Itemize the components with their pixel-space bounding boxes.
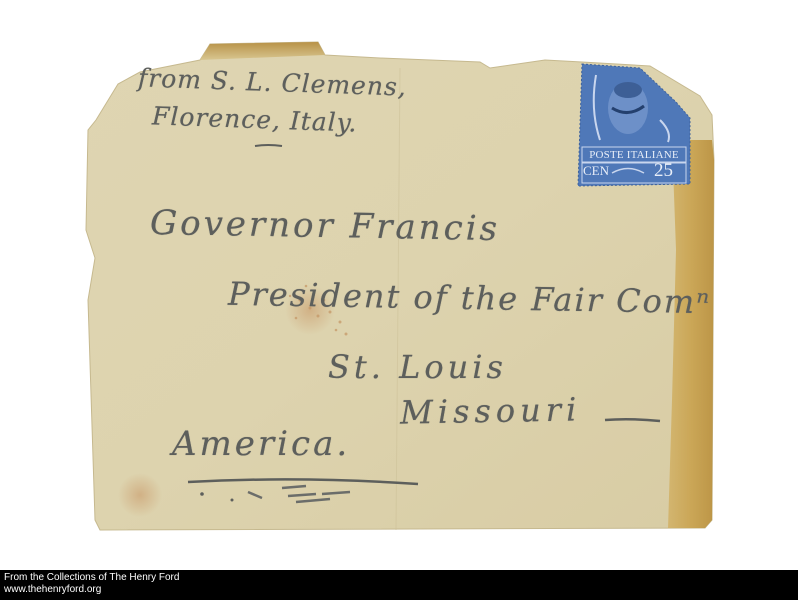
recipient-state: Missouri bbox=[400, 390, 582, 431]
recipient-city: St. Louis bbox=[328, 348, 507, 386]
photo-scene: from S. L. Clemens, Florence, Italy. Gov… bbox=[0, 0, 798, 570]
credit-line: From the Collections of The Henry Ford bbox=[4, 572, 179, 584]
credit-url: www.thehenryford.org bbox=[4, 584, 101, 596]
recipient-country: America. bbox=[172, 424, 350, 464]
stamp-denomination-label: CEN bbox=[583, 163, 609, 179]
credit-footer: From the Collections of The Henry Ford w… bbox=[0, 570, 798, 600]
stamp-denomination-value: 25 bbox=[654, 160, 673, 182]
recipient-name: Governor Francis bbox=[150, 203, 501, 249]
